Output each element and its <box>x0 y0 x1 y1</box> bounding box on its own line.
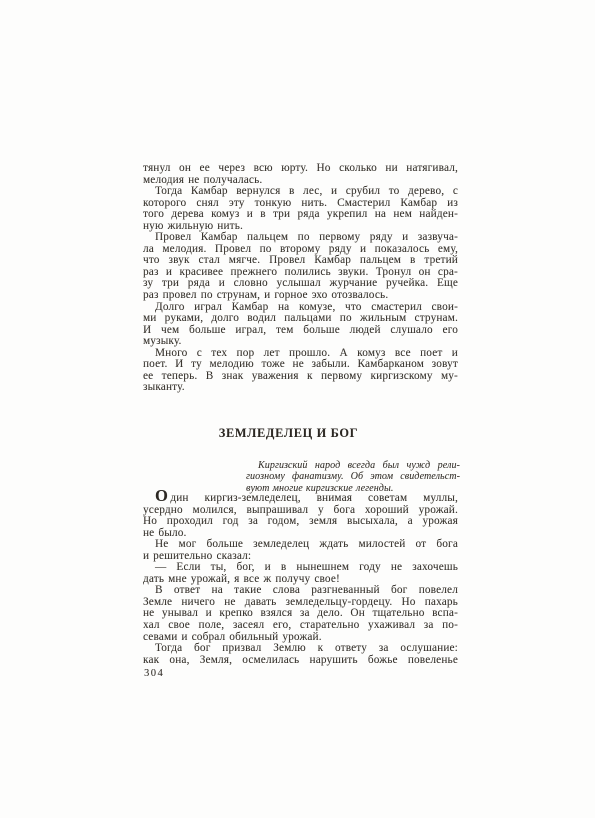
initial-capital: О <box>155 486 168 505</box>
paragraph-block-body: Один киргиз-земледелец, внимая советам м… <box>143 493 458 666</box>
text-line: И чем больше играл, тем больше людей слу… <box>143 325 458 337</box>
text-line: тянул он ее через всю юрту. Но сколько н… <box>143 163 458 175</box>
text-line: зыканту. <box>143 382 458 394</box>
paragraph-block-top: тянул он ее через всю юрту. Но сколько н… <box>143 163 458 394</box>
text-line: Один киргиз-земледелец, внимая советам м… <box>143 493 458 505</box>
story-title: ЗЕМЛЕДЕЛЕЦ И БОГ <box>143 426 458 441</box>
text-line: того дерева комуз и в три ряда укрепил н… <box>143 209 458 221</box>
text-line: ми руками, долго водил пальцами по жильн… <box>143 313 458 325</box>
text-line: как она, Земля, осмелилась нарушить божь… <box>143 655 458 667</box>
text-line: раз провел по струнам, и горное эхо отоз… <box>143 290 458 302</box>
text-line: Не мог больше земледелец ждать милостей … <box>143 539 458 551</box>
text-line: Тогда Камбар вернулся в лес, и срубил то… <box>143 186 458 198</box>
book-page: тянул он ее через всю юрту. Но сколько н… <box>0 0 595 818</box>
text-line: Но проходил год за годом, земля высыхала… <box>143 516 458 528</box>
text-line: хал свое поле, засеял его, старательно у… <box>143 620 458 632</box>
text-line: ее теперь. В знак уважения к первому кир… <box>143 371 458 383</box>
text-line: Тогда бог призвал Землю к ответу за ослу… <box>143 643 458 655</box>
epigraph: Киргизский народ всегда был чужд рели-ги… <box>246 460 460 494</box>
text-line: гиозному фанатизму. Об этом свидетельст- <box>246 471 460 482</box>
text-line: Киргизский народ всегда был чужд рели- <box>246 460 460 471</box>
page-number: 304 <box>144 668 164 679</box>
